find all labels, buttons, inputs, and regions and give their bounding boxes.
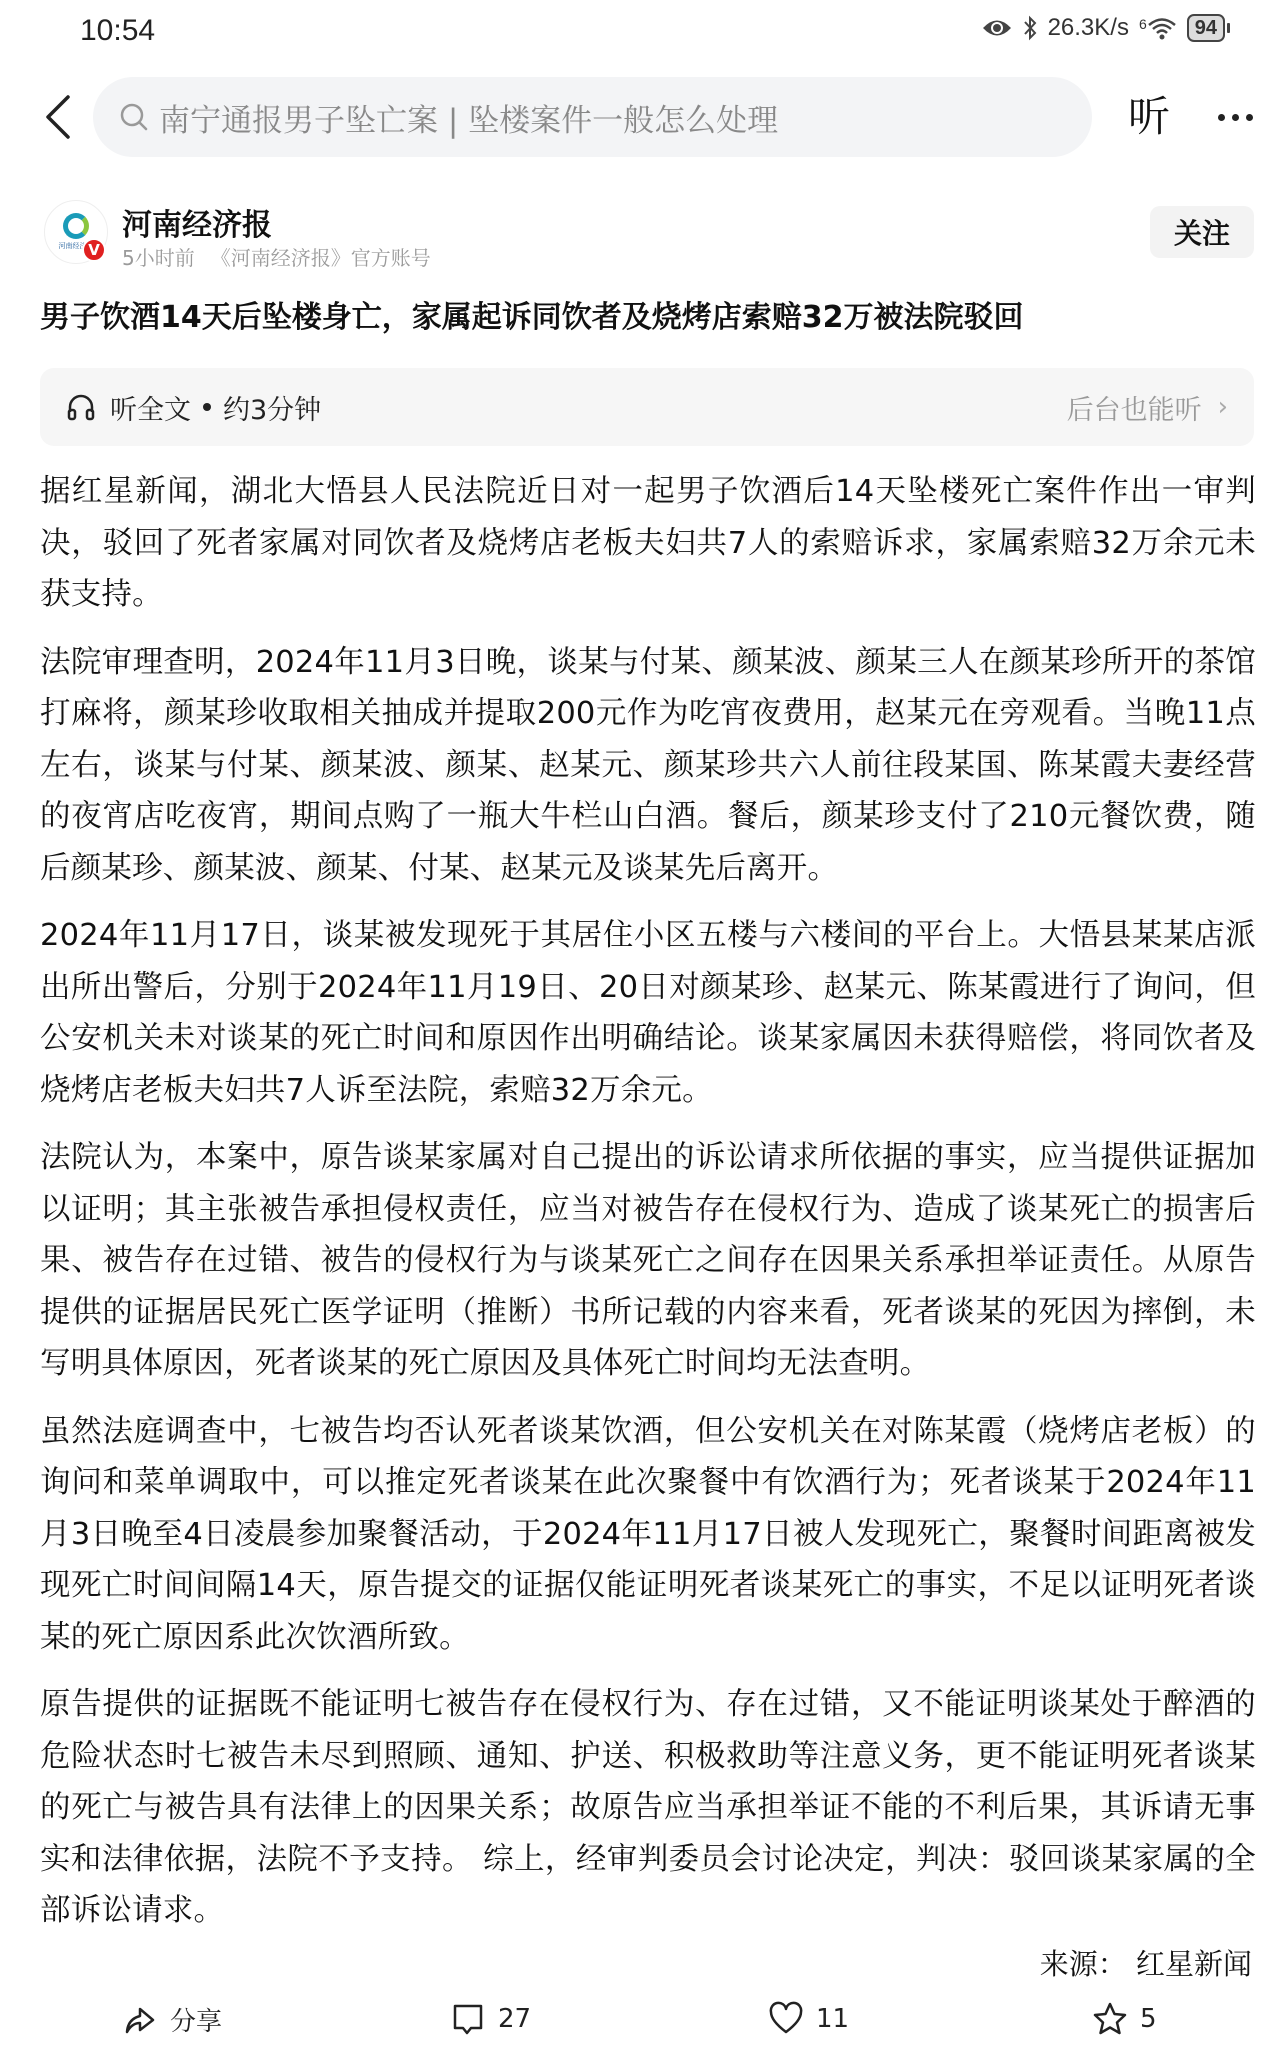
- chevron-left-icon: [44, 93, 72, 141]
- author-meta: 5小时前《河南经济报》官方账号: [122, 242, 431, 271]
- background-listen-button[interactable]: 后台也能听 ›: [1067, 388, 1228, 427]
- post-time: 5小时前: [122, 246, 195, 270]
- separator-dot: [203, 403, 211, 411]
- article-paragraph: 2024年11月17日，谈某被发现死于其居住小区五楼与六楼间的平台上。大悟县某某…: [40, 910, 1256, 1116]
- share-button[interactable]: 分享: [122, 1990, 222, 2048]
- article-body: 据红星新闻，湖北大悟县人民法院近日对一起男子饮酒后14天坠楼死亡案件作出一审判决…: [40, 466, 1256, 1953]
- back-button[interactable]: [30, 85, 86, 149]
- article-source: 来源： 红星新闻: [1040, 1942, 1252, 1983]
- favorite-count: 5: [1140, 2004, 1157, 2034]
- headphones-icon: [66, 392, 96, 422]
- listen-label: 听全文: [110, 388, 191, 427]
- listen-full-text-bar[interactable]: 听全文 约3分钟 后台也能听 ›: [40, 368, 1254, 446]
- status-bar: 10:54 26.3K/s 6 94: [0, 0, 1280, 66]
- account-description: 《河南经济报》官方账号: [211, 246, 431, 270]
- article-paragraph: 虽然法庭调查中，七被告均否认死者谈某饮酒，但公安机关在对陈某霞（烧烤店老板）的询…: [40, 1406, 1256, 1664]
- wifi-generation: 6: [1139, 16, 1147, 32]
- eye-icon: [982, 17, 1012, 39]
- article-title: 男子饮酒14天后坠楼身亡，家属起诉同饮者及烧烤店索赔32万被法院驳回: [40, 296, 1250, 340]
- background-listen-label: 后台也能听: [1067, 388, 1202, 427]
- chevron-right-icon: ›: [1218, 392, 1228, 422]
- star-icon: [1092, 2001, 1128, 2037]
- bluetooth-icon: [1022, 15, 1038, 41]
- network-speed: 26.3K/s: [1048, 14, 1129, 42]
- heart-icon: [768, 2001, 804, 2037]
- share-label: 分享: [170, 2001, 222, 2038]
- author-name[interactable]: 河南经济报: [122, 200, 272, 244]
- status-icons: 26.3K/s 6 94: [982, 14, 1230, 42]
- top-nav: 南宁通报男子坠亡案 | 坠楼案件一般怎么处理 听: [0, 77, 1280, 157]
- more-dot-icon: [1232, 114, 1239, 121]
- search-icon: [119, 102, 149, 132]
- article-paragraph: 据红星新闻，湖北大悟县人民法院近日对一起男子饮酒后14天坠楼死亡案件作出一审判决…: [40, 466, 1256, 621]
- listen-button[interactable]: 听: [1128, 87, 1170, 147]
- more-dot-icon: [1246, 114, 1253, 121]
- search-query: 南宁通报男子坠亡案 | 坠楼案件一般怎么处理: [159, 95, 778, 140]
- article-paragraph: 原告提供的证据既不能证明七被告存在侵权行为、存在过错，又不能证明谈某处于醉酒的危…: [40, 1679, 1256, 1937]
- listen-duration: 约3分钟: [223, 388, 321, 427]
- share-icon: [122, 2001, 158, 2037]
- comment-count: 27: [498, 2004, 531, 2034]
- article-paragraph: 法院审理查明，2024年11月3日晚，谈某与付某、颜某波、颜某三人在颜某珍所开的…: [40, 637, 1256, 895]
- author-row: 河南经济报 V 河南经济报 5小时前《河南经济报》官方账号 关注: [0, 196, 1280, 276]
- battery-level: 94: [1187, 14, 1225, 42]
- like-count: 11: [816, 2004, 849, 2034]
- status-time: 10:54: [80, 14, 155, 48]
- like-button[interactable]: 11: [768, 1990, 849, 2048]
- search-bar[interactable]: 南宁通报男子坠亡案 | 坠楼案件一般怎么处理: [93, 77, 1092, 157]
- favorite-button[interactable]: 5: [1092, 1990, 1157, 2048]
- comment-icon: [450, 2001, 486, 2037]
- follow-button[interactable]: 关注: [1150, 206, 1254, 258]
- more-options-button[interactable]: [1210, 87, 1260, 147]
- bottom-action-bar: 分享 27 11 5: [0, 1990, 1280, 2048]
- comment-button[interactable]: 27: [450, 1990, 531, 2048]
- newspaper-logo-icon: [63, 213, 89, 239]
- listen-full-text-button[interactable]: 听全文 约3分钟: [66, 388, 321, 427]
- article-paragraph: 法院认为，本案中，原告谈某家属对自己提出的诉讼请求所依据的事实，应当提供证据加以…: [40, 1132, 1256, 1390]
- battery-indicator: 94: [1187, 14, 1230, 42]
- wifi-icon: [1147, 16, 1177, 40]
- verified-badge-icon: V: [82, 238, 106, 262]
- more-dot-icon: [1218, 114, 1225, 121]
